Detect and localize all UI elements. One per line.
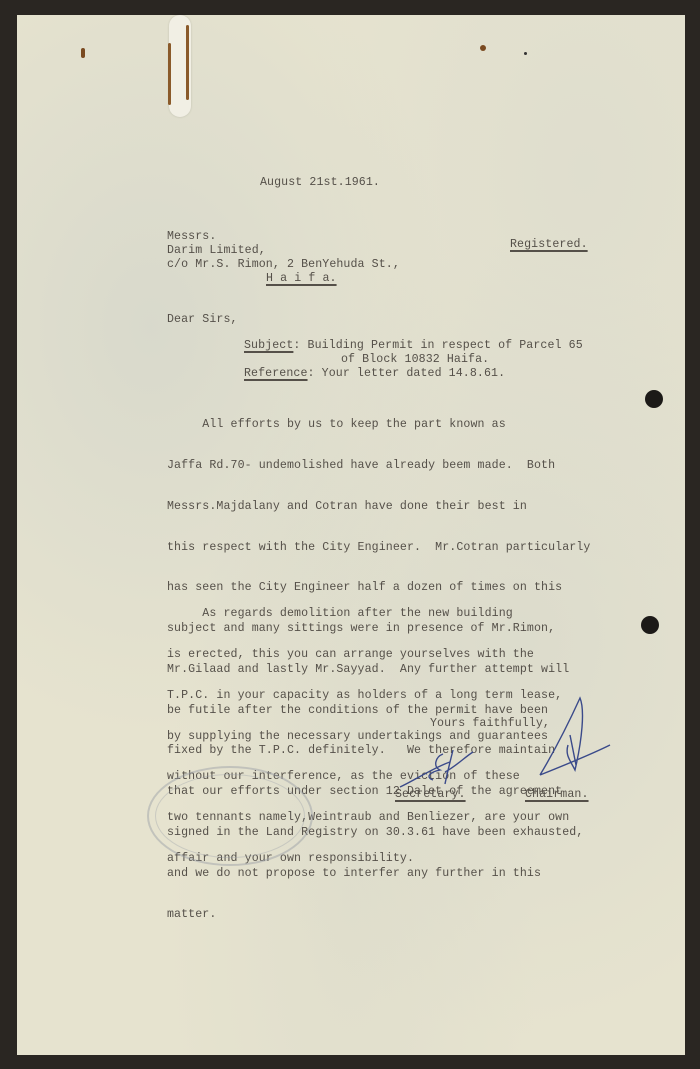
paragraph-line: Jaffa Rd.70- undemolished have already b… (167, 459, 590, 473)
paragraph-line: by supplying the necessary undertakings … (167, 730, 569, 744)
reference-label: Reference (244, 367, 308, 380)
ink-speck (524, 52, 527, 55)
stamp-inner-ring (155, 774, 305, 858)
paragraph-line: As regards demolition after the new buil… (167, 607, 569, 621)
staple-rust-mark (168, 43, 171, 105)
recipient-city: H a i f a. (266, 272, 337, 286)
punch-hole (645, 390, 663, 408)
subject-text: : Building Permit in respect of Parcel 6… (293, 339, 582, 352)
staple-rust-mark (186, 25, 189, 100)
paragraph-line: is erected, this you can arrange yoursel… (167, 648, 569, 662)
faded-stamp (147, 766, 313, 866)
punch-hole (641, 616, 659, 634)
paragraph-line: this respect with the City Engineer. Mr.… (167, 541, 590, 555)
rust-stain (81, 48, 85, 58)
recipient-company: Darim Limited, (167, 244, 266, 258)
greeting: Dear Sirs, (167, 313, 238, 327)
signatory-title-chairman: Chairman. (525, 788, 589, 802)
paragraph-line: matter. (167, 908, 590, 922)
paragraph-line: All efforts by us to keep the part known… (167, 418, 590, 432)
chairman-signature (530, 690, 620, 790)
subject-label: Subject (244, 339, 293, 352)
secretary-signature (395, 742, 485, 792)
signatory-title-secretary: Secretary. (395, 788, 466, 802)
recipient-care-of: c/o Mr.S. Rimon, 2 BenYehuda St., (167, 258, 400, 272)
reference-line: Reference: Your letter dated 14.8.61. (244, 367, 505, 381)
paragraph-line: Messrs.Majdalany and Cotran have done th… (167, 500, 590, 514)
subject-line-2: of Block 10832 Haifa. (341, 353, 489, 367)
mail-type-label: Registered. (510, 238, 588, 252)
reference-text: : Your letter dated 14.8.61. (308, 367, 506, 380)
recipient-salutation: Messrs. (167, 230, 216, 244)
subject-line: Subject: Building Permit in respect of P… (244, 339, 583, 353)
rust-stain (480, 45, 486, 51)
letter-date: August 21st.1961. (260, 176, 380, 190)
paragraph-line: T.P.C. in your capacity as holders of a … (167, 689, 569, 703)
